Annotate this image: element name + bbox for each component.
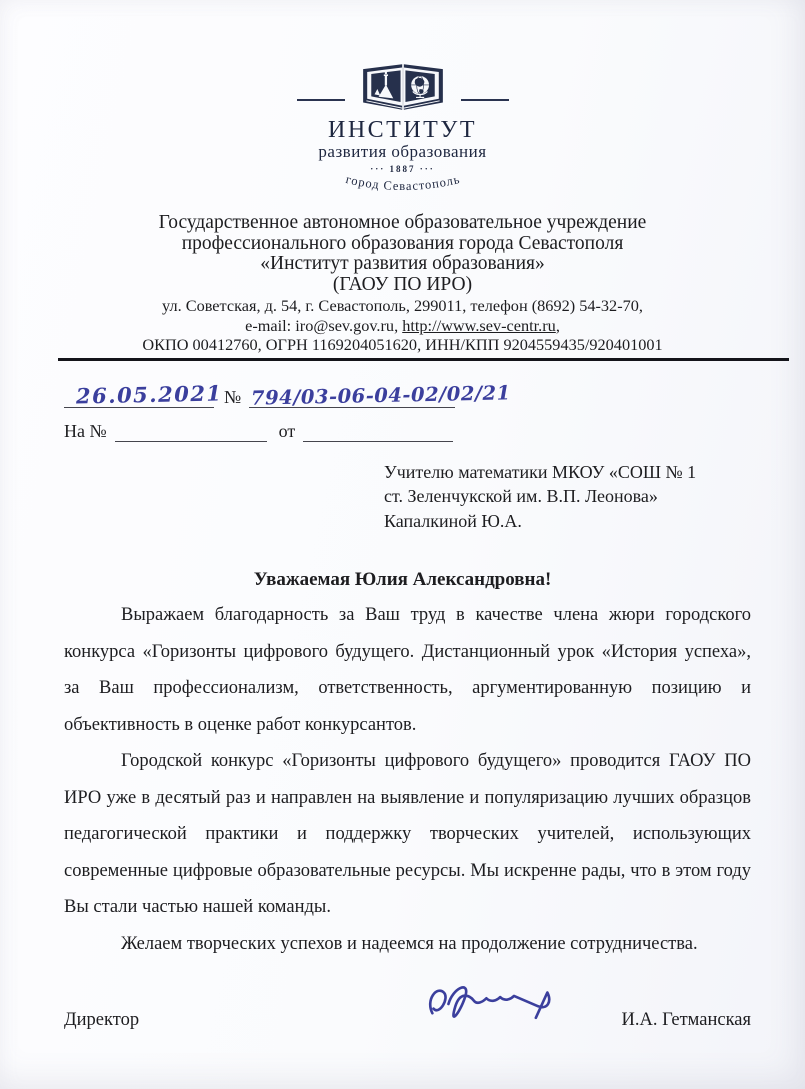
number-sign-label: № xyxy=(224,387,241,408)
handwritten-outgoing-number: 794/03-06-04-02/02/21 xyxy=(251,381,511,409)
reply-ot-label: от xyxy=(279,421,296,442)
body-paragraph-2: Городской конкурс «Горизонты цифрового б… xyxy=(64,743,751,926)
addressee-line-2: ст. Зеленчукской им. В.П. Леонова» xyxy=(384,484,751,509)
body-paragraph-1: Выражаем благодарность за Ваш труд в кач… xyxy=(64,597,751,743)
reference-block: 26.05.2021 № 794/03-06-04-02/02/21 На № … xyxy=(64,383,805,442)
reply-na-label: На № xyxy=(64,421,107,442)
org-line-2: профессионального образования города Сев… xyxy=(0,234,805,255)
org-header: Государственное автономное образовательн… xyxy=(0,213,805,354)
org-line-3: «Институт развития образования» xyxy=(0,254,805,275)
letter-body: Выражаем благодарность за Ваш труд в кач… xyxy=(64,597,751,962)
logo-left-rule xyxy=(297,99,345,101)
addressee-line-1: Учителю математики МКОУ «СОШ № 1 xyxy=(384,460,751,485)
signer-position-title: Директор xyxy=(64,1010,139,1031)
reply-number-blank-line xyxy=(115,417,267,442)
letterhead-logo: ИНСТИТУТ развития образования ··· 1887 ·… xyxy=(0,60,805,200)
website-url-text: http://www.sev-centr.ru xyxy=(402,316,556,335)
addressee-block: Учителю математики МКОУ «СОШ № 1 ст. Зел… xyxy=(384,460,751,534)
logo-city-arc: город Севастополь xyxy=(318,174,488,200)
date-blank-line: 26.05.2021 xyxy=(64,383,214,408)
signature-block: Директор И.А. Гетманская xyxy=(64,1010,751,1031)
logo-right-rule xyxy=(461,99,509,101)
body-paragraph-3: Желаем творческих успехов и надеемся на … xyxy=(64,926,751,963)
scanned-letter-page: ИНСТИТУТ развития образования ··· 1887 ·… xyxy=(0,0,805,1089)
logo-institute-title: ИНСТИТУТ xyxy=(328,118,477,142)
handwritten-date: 26.05.2021 xyxy=(76,380,223,408)
org-line-1: Государственное автономное образовательн… xyxy=(0,213,805,234)
email-text: e-mail: iro@sev.gov.ru, xyxy=(245,316,402,335)
url-suffix: , xyxy=(556,316,560,335)
reply-date-blank-line xyxy=(303,417,453,442)
header-divider-rule xyxy=(58,358,789,361)
org-address-line-1: ул. Советская, д. 54, г. Севастополь, 29… xyxy=(0,297,805,315)
addressee-line-3: Капалкиной Ю.А. xyxy=(384,509,751,534)
signature-scribble-icon xyxy=(416,958,566,1050)
signer-name: И.А. Гетманская xyxy=(621,1010,751,1031)
org-address-line-3: ОКПО 00412760, ОГРН 1169204051620, ИНН/К… xyxy=(0,336,805,354)
number-blank-line: 794/03-06-04-02/02/21 xyxy=(249,383,455,408)
logo-year-line: ··· 1887 ··· xyxy=(370,164,435,174)
org-address-line-2: e-mail: iro@sev.gov.ru, http://www.sev-c… xyxy=(0,317,805,335)
org-line-4: (ГАОУ ПО ИРО) xyxy=(0,275,805,296)
open-book-monument-globe-icon xyxy=(355,60,451,114)
svg-text:город Севастополь: город Севастополь xyxy=(344,174,461,193)
salutation: Уважаемая Юлия Александровна! xyxy=(0,569,805,591)
logo-institute-subtitle: развития образования xyxy=(318,143,486,161)
